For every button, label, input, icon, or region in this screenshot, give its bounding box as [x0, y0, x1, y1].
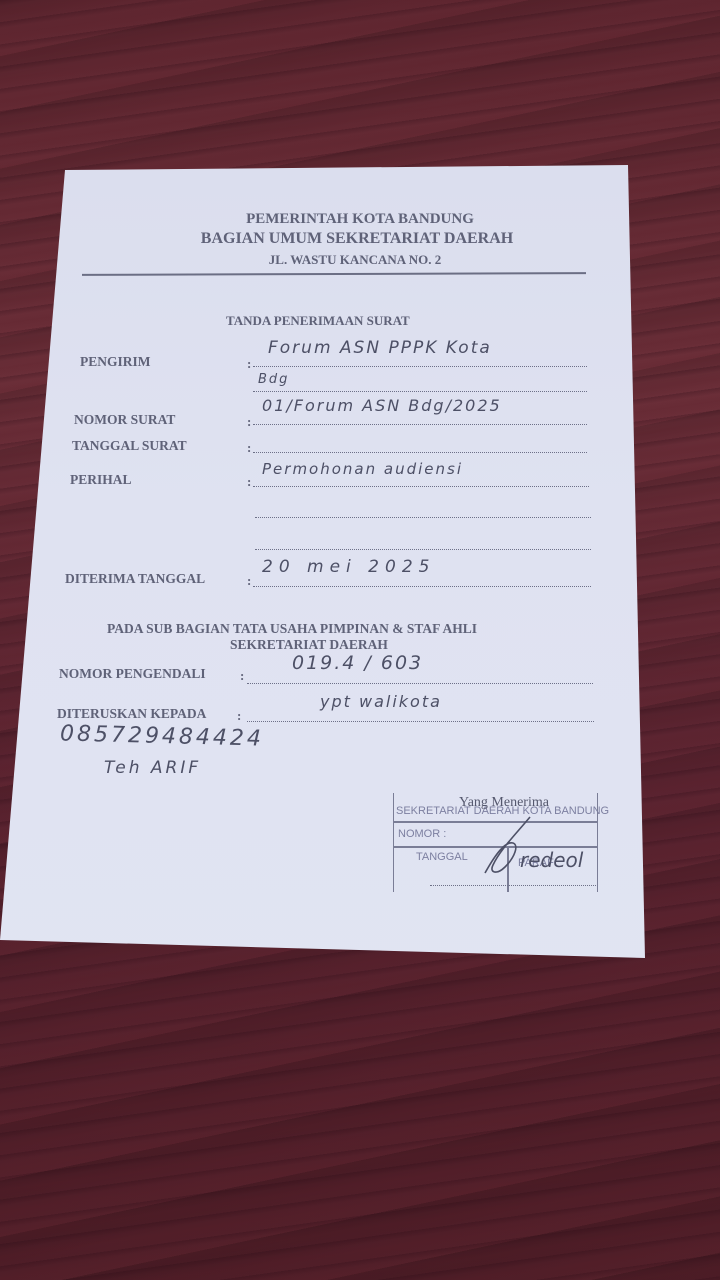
- label-nomor-surat: NOMOR SURAT: [74, 412, 175, 428]
- signature: redeol: [520, 848, 583, 872]
- stamp-tanggal-label: TANGGAL: [416, 851, 468, 863]
- value-perihal: Permohonan audiensi: [262, 460, 463, 478]
- dotted-line: [247, 683, 593, 684]
- dotted-line: [253, 366, 587, 367]
- label-diterima-tanggal: DITERIMA TANGGAL: [65, 571, 205, 587]
- handwritten-phone-number: 085729484424: [60, 721, 265, 751]
- dotted-line: [247, 721, 594, 722]
- dotted-line-tanggal-surat: [253, 452, 587, 453]
- sub-section-line2: SEKRETARIAT DAERAH: [230, 637, 388, 653]
- label-tanggal-surat: TANGGAL SURAT: [72, 438, 187, 454]
- colon: :: [247, 356, 251, 372]
- value-diterima-tanggal: 20 mei 2025: [262, 557, 435, 577]
- colon: :: [247, 573, 251, 589]
- label-perihal: PERIHAL: [70, 472, 132, 488]
- value-pengirim-line1: Forum ASN PPPK Kota: [268, 338, 492, 358]
- dotted-line: [253, 391, 587, 392]
- colon: :: [237, 708, 241, 724]
- header-department: BAGIAN UMUM SEKRETARIAT DAERAH: [0, 230, 717, 248]
- receiver-label: Yang Menerima: [459, 795, 549, 811]
- form-title: TANDA PENERIMAAN SURAT: [226, 313, 410, 329]
- handwritten-contact-name: Teh ARIF: [104, 758, 201, 778]
- dotted-line: [255, 517, 591, 518]
- label-diteruskan-kepada: DITERUSKAN KEPADA: [57, 706, 206, 722]
- dotted-line: [253, 586, 591, 587]
- dotted-line: [255, 549, 591, 550]
- dotted-line: [253, 424, 587, 425]
- label-nomor-pengendali: NOMOR PENGENDALI: [59, 666, 206, 682]
- colon: :: [247, 414, 251, 430]
- header-government: PEMERINTAH KOTA BANDUNG: [0, 211, 720, 228]
- value-diteruskan-kepada: ypt walikota: [320, 692, 442, 711]
- stamp-nomor-label: NOMOR :: [398, 828, 446, 840]
- label-pengirim: PENGIRIM: [80, 354, 151, 370]
- dotted-line: [253, 486, 589, 487]
- header-address: JL. WASTU KANCANA NO. 2: [0, 252, 715, 268]
- sub-section-line1: PADA SUB BAGIAN TATA USAHA PIMPINAN & ST…: [107, 621, 477, 637]
- value-nomor-pengendali: 019.4 / 603: [292, 652, 423, 674]
- value-pengirim-line2: Bdg: [258, 372, 289, 387]
- stamp-dotted-line: [430, 885, 596, 886]
- colon: :: [240, 668, 244, 684]
- value-nomor-surat: 01/Forum ASN Bdg/2025: [262, 396, 502, 415]
- colon: :: [247, 440, 251, 456]
- colon: :: [247, 474, 251, 490]
